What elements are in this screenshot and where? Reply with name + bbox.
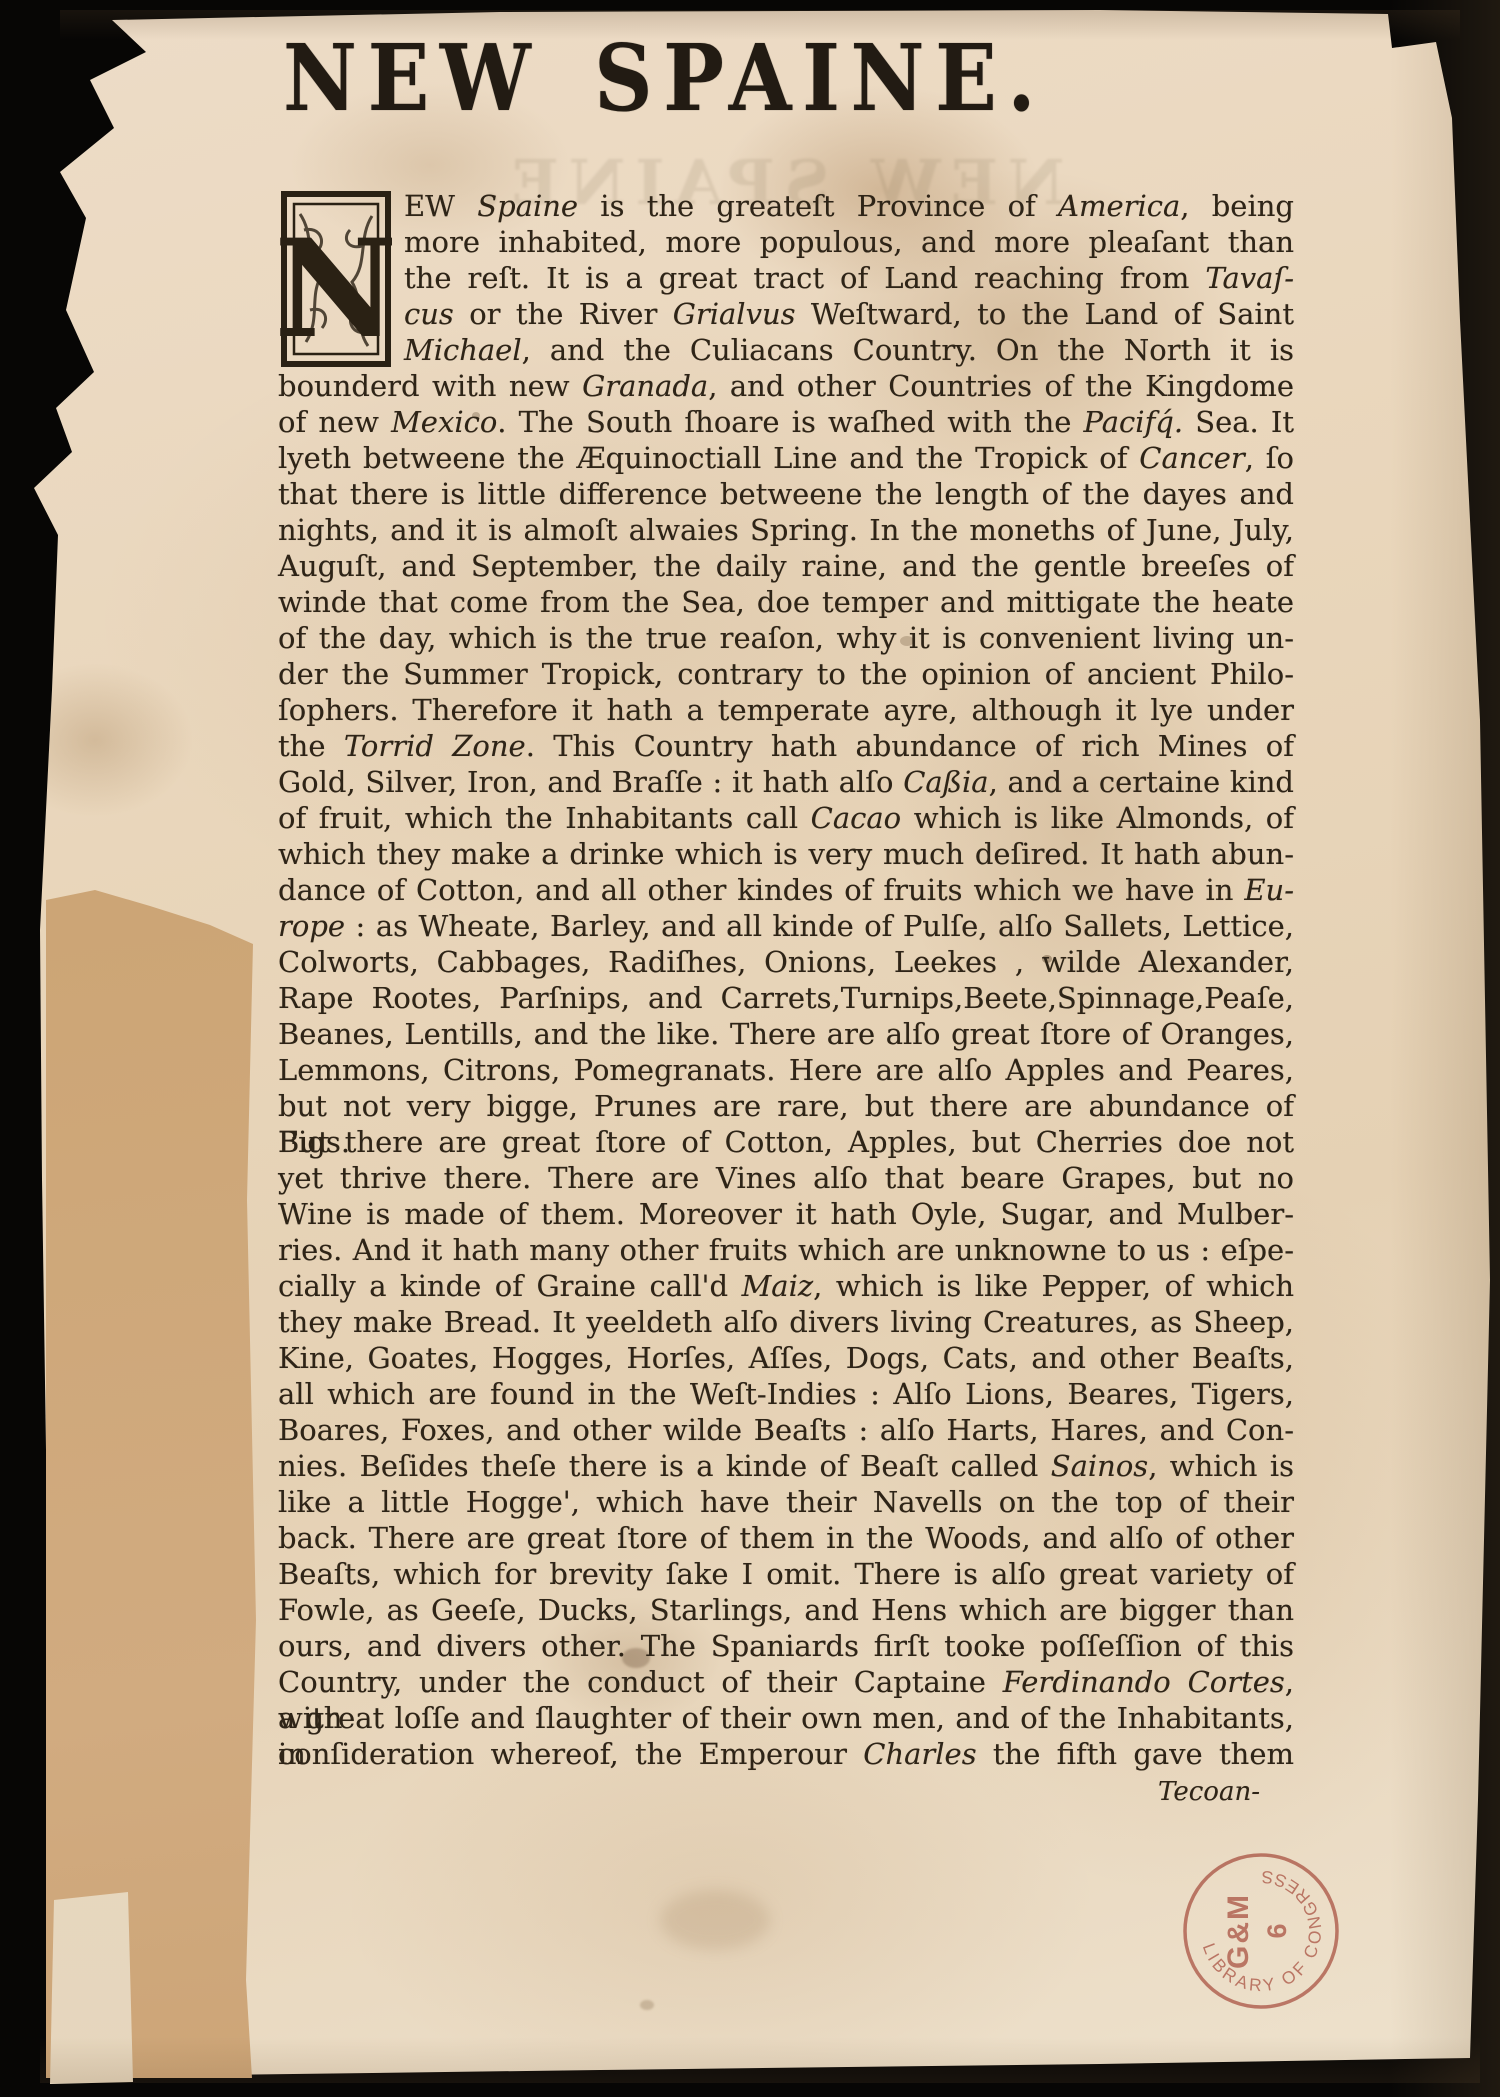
stamp-center-text: G&M (1222, 1893, 1255, 1969)
catchword: Tecoan- (278, 1775, 1294, 1809)
italic-text: Torrid Zone (344, 729, 526, 763)
roman-text: Auguſt, and September, the daily raine, … (278, 549, 1294, 583)
roman-text: like a little Hogge', which have their N… (278, 1485, 1294, 1519)
text-line: But there are great ſtore of Cotton, App… (278, 1124, 1294, 1160)
text-line: nights, and it is almoſt alwaies Spring.… (278, 512, 1294, 548)
roman-text: which is like Almonds, of (901, 801, 1294, 835)
text-line: yet thrive there. There are Vines alſo t… (278, 1160, 1294, 1196)
text-line: which they make a drinke which is very m… (278, 836, 1294, 872)
text-line: Michael, and the Culiacans Country. On t… (404, 332, 1294, 368)
roman-text: is the greateſt Province of (578, 189, 1058, 223)
roman-text: which they make a drinke which is very m… (278, 837, 1294, 871)
text-line: that there is little difference betweene… (278, 476, 1294, 512)
roman-text: EW (404, 189, 477, 223)
roman-text: of the day, which is the true reaſon, wh… (278, 621, 1294, 655)
roman-text: of new (278, 405, 391, 439)
text-line: but not very bigge, Prunes are rare, but… (278, 1088, 1294, 1124)
italic-text: Sainos (1051, 1449, 1148, 1483)
italic-text: Eu- (1244, 873, 1294, 907)
foxing-spot (660, 1890, 770, 1950)
roman-text: , which is like Pepper, of which (813, 1269, 1294, 1303)
roman-text: cially a kinde of Graine call'd (278, 1269, 742, 1303)
text-line: Kine, Goates, Hogges, Horſes, Aſſes, Dog… (278, 1340, 1294, 1376)
text-line: Boares, Foxes, and other wilde Beaſts : … (278, 1412, 1294, 1448)
text-line: the Torrid Zone. This Country hath abund… (278, 728, 1294, 764)
italic-text: Pacifq́. (1084, 405, 1184, 439)
italic-text: Grialvus (673, 297, 796, 331)
bottom-edge-shadow (40, 2037, 1480, 2083)
text-line: winde that come from the Sea, doe temper… (278, 584, 1294, 620)
text-line: Fowle, as Geeſe, Ducks, Starlings, and H… (278, 1592, 1294, 1628)
italic-text: cus (404, 297, 454, 331)
right-edge-shadow (1390, 0, 1500, 2097)
roman-text: . This Country hath abundance of rich Mi… (526, 729, 1294, 763)
roman-text: ſophers. Therefore it hath a temperate a… (278, 693, 1294, 727)
italic-text: Cacao (811, 801, 901, 835)
roman-text: Colworts, Cabbages, Radiſhes, Onions, Le… (278, 945, 1294, 979)
stamp-svg: LIBRARY OF CONGRESS G&M 6 (1158, 1836, 1368, 2041)
text-line: a great loſſe and ſlaughter of their own… (278, 1700, 1294, 1736)
scanned-page: NEW SPAINE. NEW SPAINE. N EW Spaine is t… (0, 0, 1500, 2097)
paragraph: EW Spaine is the greateſt Province of Am… (278, 188, 1294, 1809)
roman-text: , ſo (1245, 441, 1294, 475)
text-line: bounderd with new Granada, and other Cou… (278, 368, 1294, 404)
text-line: ours, and divers other. The Spaniards fi… (278, 1628, 1294, 1664)
roman-text: ries. And it hath many other fruits whic… (278, 1233, 1294, 1267)
text-line: ries. And it hath many other fruits whic… (278, 1232, 1294, 1268)
text-line: ſophers. Therefore it hath a temperate a… (278, 692, 1294, 728)
text-line: Lemmons, Citrons, Pomegranats. Here are … (278, 1052, 1294, 1088)
roman-text: der the Summer Tropick, contrary to the … (278, 657, 1294, 691)
italic-text: Michael (404, 333, 522, 367)
stamp-number: 6 (1262, 1923, 1292, 1938)
text-line: like a little Hogge', which have their N… (278, 1484, 1294, 1520)
roman-text: . The South ſhoare is waſhed with the (497, 405, 1083, 439)
roman-text: the fifth gave them (977, 1737, 1294, 1771)
text-line: Colworts, Cabbages, Radiſhes, Onions, Le… (278, 944, 1294, 980)
roman-text: dance of Cotton, and all other kindes of… (278, 873, 1244, 907)
text-line: more inhabited, more populous, and more … (404, 224, 1294, 260)
roman-text: : as Wheate, Barley, and all kinde of Pu… (345, 909, 1294, 943)
text-line: Gold, Silver, Iron, and Braſſe : it hath… (278, 764, 1294, 800)
italic-text: Cancer (1139, 441, 1244, 475)
roman-text: bounderd with new (278, 369, 582, 403)
roman-text: Weſtward, to the Land of Saint (796, 297, 1294, 331)
text-line: Beanes, Lentills, and the like. There ar… (278, 1016, 1294, 1052)
text-line: they make Bread. It yeeldeth alſo divers… (278, 1304, 1294, 1340)
italic-text: Tavaſ- (1205, 261, 1294, 295)
text-line: the reſt. It is a great tract of Land re… (404, 260, 1294, 296)
text-line: lyeth betweene the Æquinoctiall Line and… (278, 440, 1294, 476)
roman-text: Lemmons, Citrons, Pomegranats. Here are … (278, 1053, 1294, 1087)
roman-text: , and a certaine kind (989, 765, 1294, 799)
roman-text: back. There are great ſtore of them in t… (278, 1521, 1294, 1555)
roman-text: Country, under the conduct of their Capt… (278, 1665, 1003, 1699)
roman-text: all which are found in the Weſt-Indies :… (278, 1377, 1294, 1411)
library-stamp: LIBRARY OF CONGRESS G&M 6 (1158, 1836, 1368, 2041)
text-line: rope : as Wheate, Barley, and all kinde … (278, 908, 1294, 944)
italic-text: Granada (582, 369, 708, 403)
roman-text: Boares, Foxes, and other wilde Beaſts : … (278, 1413, 1294, 1447)
roman-text: , which is (1148, 1449, 1294, 1483)
roman-text: Beanes, Lentills, and the like. There ar… (278, 1017, 1294, 1051)
roman-text: Beaſts, which for brevity ſake I omit. T… (278, 1557, 1294, 1591)
roman-text: But there are great ſtore of Cotton, App… (278, 1125, 1294, 1159)
foxing-spot (640, 2000, 654, 2010)
text-line: dance of Cotton, and all other kindes of… (278, 872, 1294, 908)
roman-text: yet thrive there. There are Vines alſo t… (278, 1161, 1294, 1195)
text-line: cially a kinde of Graine call'd Maiz, wh… (278, 1268, 1294, 1304)
text-line: Wine is made of them. Moreover it hath O… (278, 1196, 1294, 1232)
text-line: der the Summer Tropick, contrary to the … (278, 656, 1294, 692)
roman-text: more inhabited, more populous, and more … (404, 225, 1294, 259)
text-line: Beaſts, which for brevity ſake I omit. T… (278, 1556, 1294, 1592)
roman-text: , and other Countries of the Kingdome (708, 369, 1294, 403)
italic-text: Spaine (477, 189, 578, 223)
roman-text: Fowle, as Geeſe, Ducks, Starlings, and H… (278, 1593, 1294, 1627)
roman-text: Kine, Goates, Hogges, Horſes, Aſſes, Dog… (278, 1341, 1294, 1375)
roman-text: conſideration whereof, the Emperour (278, 1737, 863, 1771)
text-line: all which are found in the Weſt-Indies :… (278, 1376, 1294, 1412)
roman-text: the reſt. It is a great tract of Land re… (404, 261, 1205, 295)
italic-text: Charles (863, 1737, 976, 1771)
roman-text: Gold, Silver, Iron, and Braſſe : it hath… (278, 765, 903, 799)
text-line: EW Spaine is the greateſt Province of Am… (404, 188, 1294, 224)
roman-text: they make Bread. It yeeldeth alſo divers… (278, 1305, 1294, 1339)
roman-text: Wine is made of them. Moreover it hath O… (278, 1197, 1294, 1231)
text-line: nies. Beſides theſe there is a kinde of … (278, 1448, 1294, 1484)
roman-text: of fruit, which the Inhabitants call (278, 801, 811, 835)
text-line: Country, under the conduct of their Capt… (278, 1664, 1294, 1700)
roman-text: winde that come from the Sea, doe temper… (278, 585, 1294, 619)
roman-text: , being (1180, 189, 1294, 223)
roman-text: lyeth betweene the Æquinoctiall Line and… (278, 441, 1139, 475)
roman-text: Rape Rootes, Parſnips, and Carrets,Turni… (278, 981, 1294, 1015)
italic-text: Mexico (391, 405, 497, 439)
roman-text: that there is little difference betweene… (278, 477, 1294, 511)
text-line: conſideration whereof, the Emperour Char… (278, 1736, 1294, 1772)
roman-text: ours, and divers other. The Spaniards fi… (278, 1629, 1294, 1663)
text-line: Rape Rootes, Parſnips, and Carrets,Turni… (278, 980, 1294, 1016)
text-line: cus or the River Grialvus Weſtward, to t… (404, 296, 1294, 332)
page-title: NEW SPAINE. (283, 24, 1046, 132)
italic-text: Caßia (903, 765, 988, 799)
italic-text: Ferdinando Cortes (1003, 1665, 1285, 1699)
text-line: Auguſt, and September, the daily raine, … (278, 548, 1294, 584)
roman-text: Sea. It (1183, 405, 1294, 439)
roman-text: or the River (454, 297, 673, 331)
roman-text: nights, and it is almoſt alwaies Spring.… (278, 513, 1294, 547)
roman-text: , and the Culiacans Country. On the Nort… (522, 333, 1294, 367)
roman-text: the (278, 729, 344, 763)
text-line: of new Mexico. The South ſhoare is waſhe… (278, 404, 1294, 440)
text-line: of fruit, which the Inhabitants call Cac… (278, 800, 1294, 836)
roman-text: nies. Beſides theſe there is a kinde of … (278, 1449, 1051, 1483)
italic-text: rope (278, 909, 345, 943)
italic-text: America (1058, 189, 1180, 223)
text-line: back. There are great ſtore of them in t… (278, 1520, 1294, 1556)
italic-text: Maiz (742, 1269, 814, 1303)
text-line: of the day, which is the true reaſon, wh… (278, 620, 1294, 656)
